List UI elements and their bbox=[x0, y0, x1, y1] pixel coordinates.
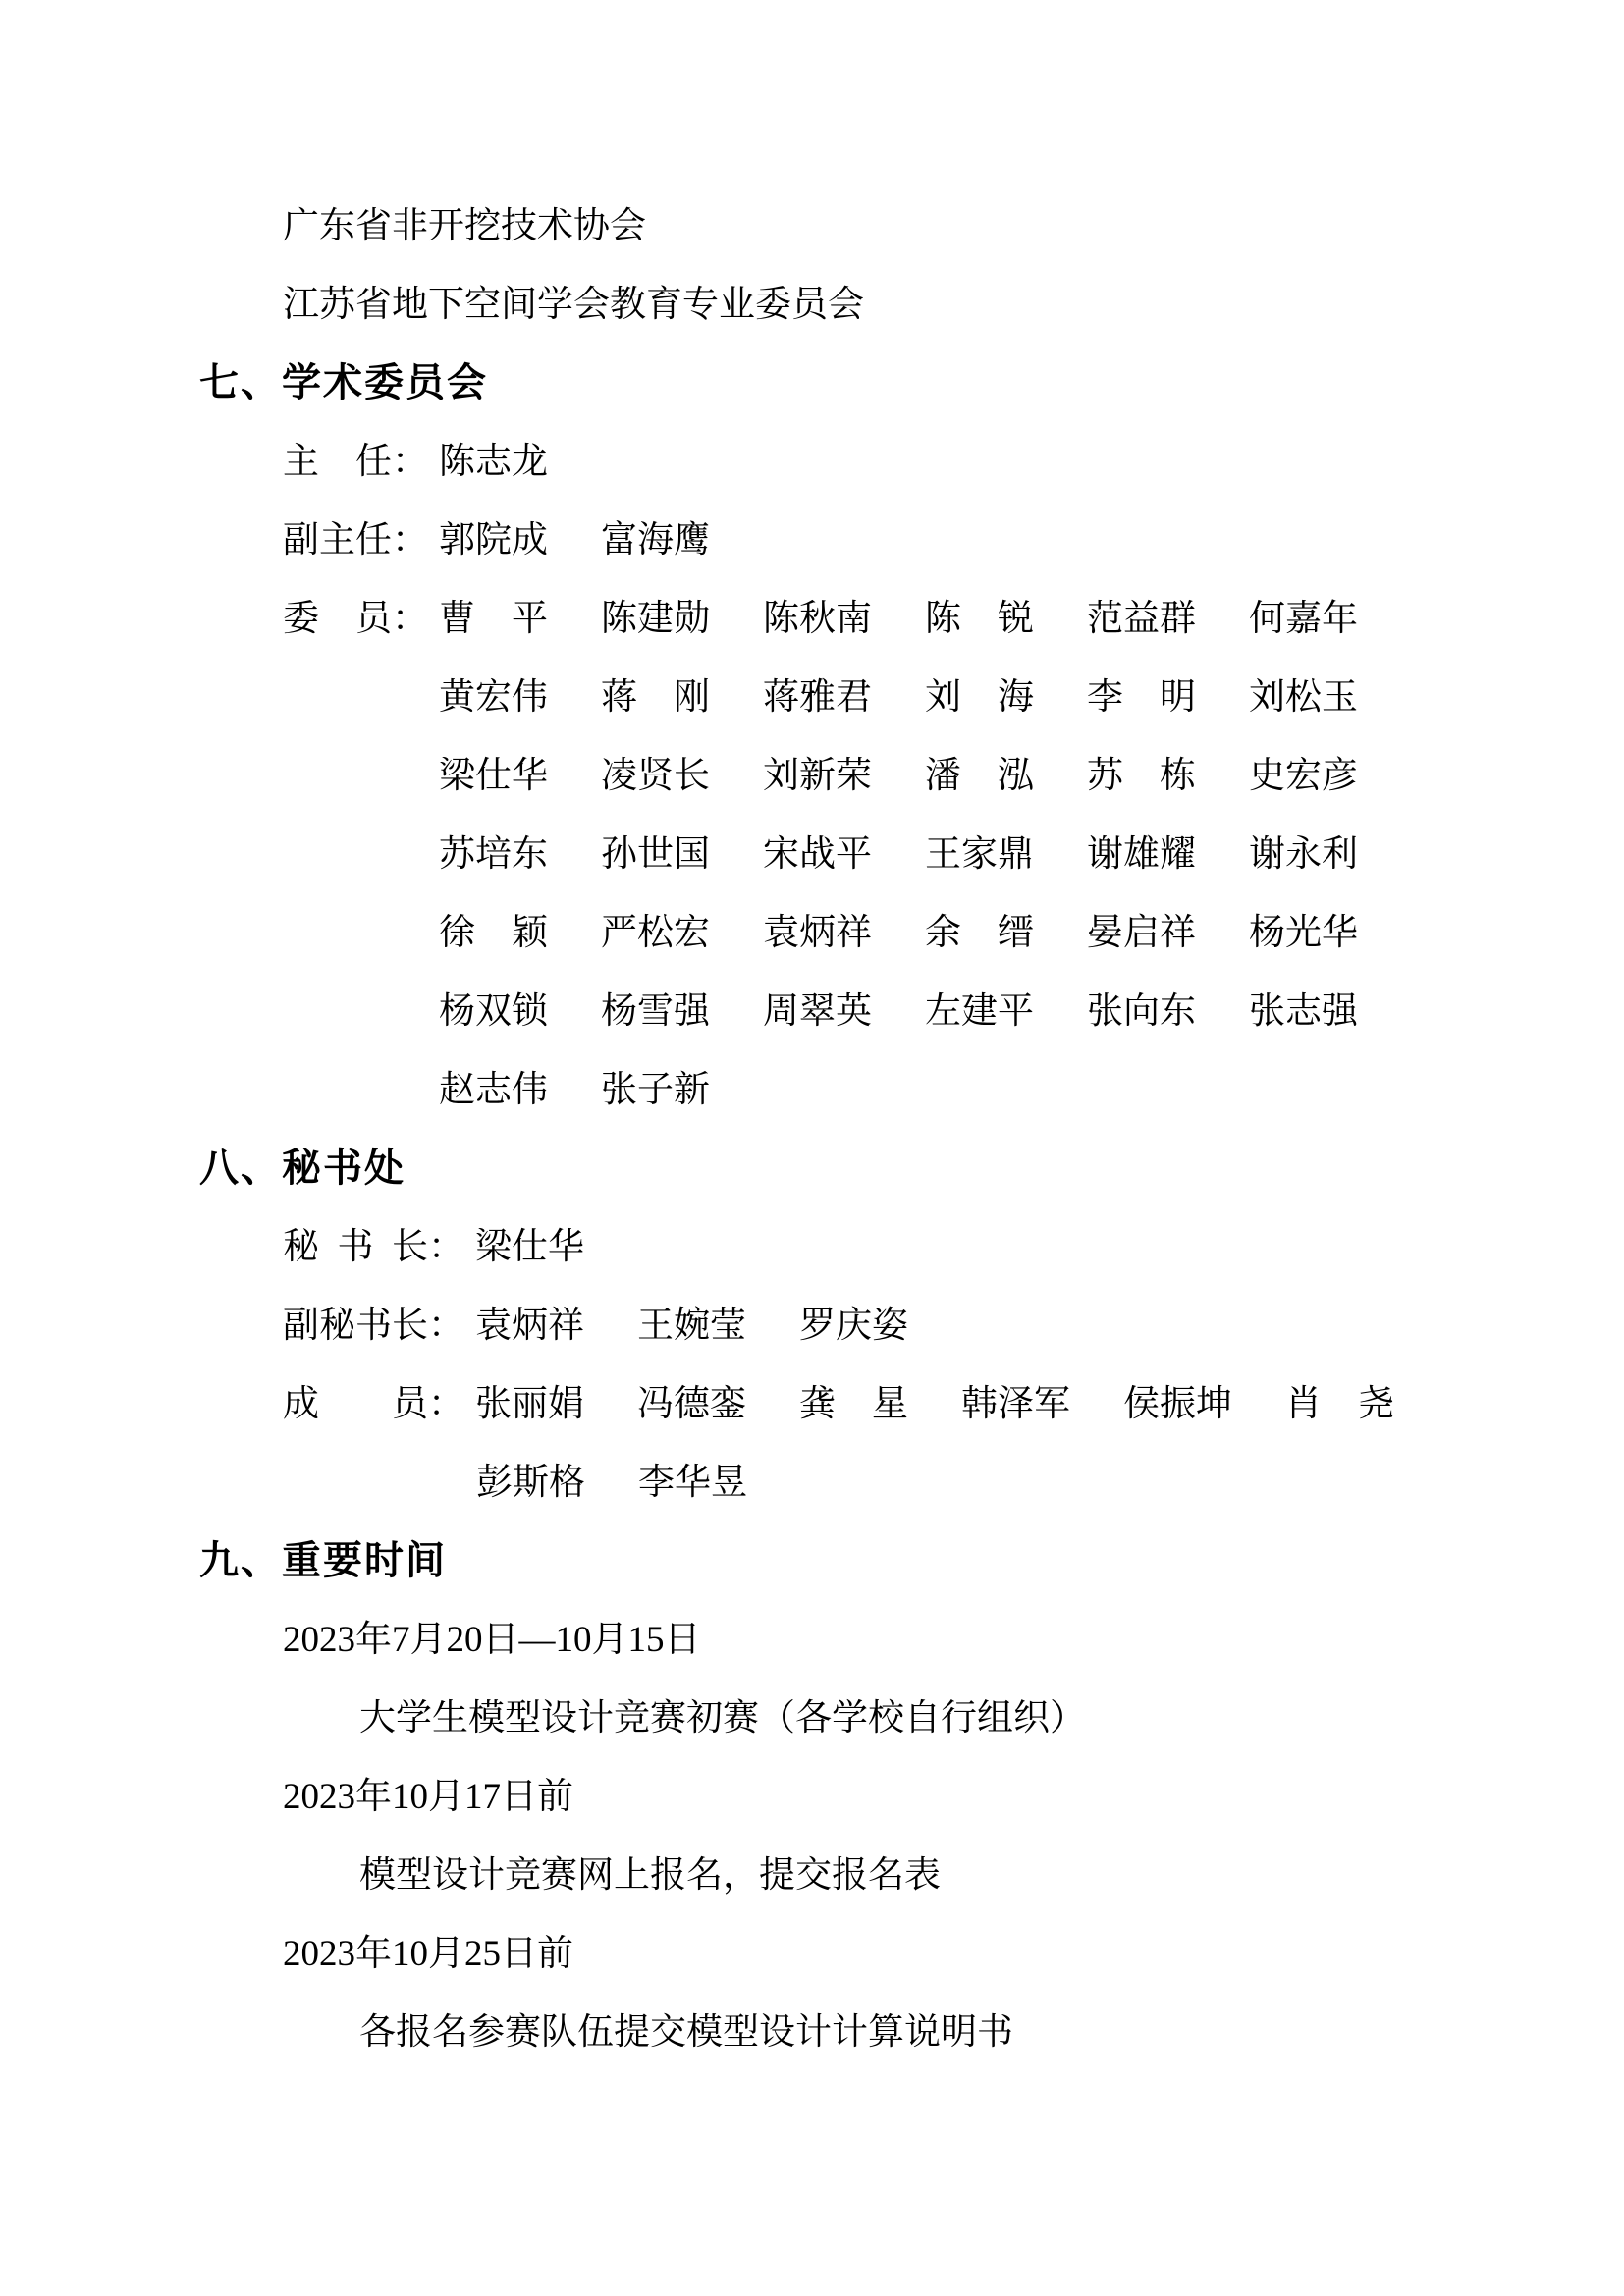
member-name: 刘松玉 bbox=[1249, 667, 1360, 720]
secretariat-members-line: 成员： 张丽娟冯德銮龚 星韩泽军侯振坤肖 尧 bbox=[283, 1361, 1624, 1439]
member-name: 严松宏 bbox=[601, 902, 712, 955]
label-colon: ： bbox=[428, 1373, 464, 1426]
member-name: 刘 海 bbox=[925, 667, 1036, 720]
member-name: 张志强 bbox=[1249, 981, 1360, 1034]
member-name: 张子新 bbox=[601, 1059, 712, 1112]
name-list: 赵志伟张子新 bbox=[439, 1059, 712, 1112]
organizer-name: 广东省非开挖技术协会 bbox=[283, 195, 646, 248]
member-name: 孙世国 bbox=[601, 824, 712, 877]
member-name: 杨光华 bbox=[1249, 902, 1360, 955]
member-name: 苏 栋 bbox=[1087, 745, 1198, 798]
organizer-name: 江苏省地下空间学会教育专业委员会 bbox=[283, 274, 864, 327]
member-name: 李华昱 bbox=[638, 1452, 749, 1505]
deputy-secretary-general-line: 副秘书长： 袁炳祥王婉莹罗庆姿 bbox=[283, 1282, 1624, 1361]
label-colon: ： bbox=[392, 431, 428, 484]
role-label: 委员 bbox=[283, 588, 392, 641]
member-name: 陈 锐 bbox=[925, 588, 1036, 641]
member-name: 袁炳祥 bbox=[763, 902, 874, 955]
member-name: 周翠英 bbox=[763, 981, 874, 1034]
committee-members-row: 杨双锁杨雪强周翠英左建平张向东张志强 bbox=[439, 968, 1624, 1046]
member-name: 赵志伟 bbox=[439, 1059, 550, 1112]
label-colon: ： bbox=[392, 588, 428, 641]
member-name: 张向东 bbox=[1087, 981, 1198, 1034]
member-name: 宋战平 bbox=[763, 824, 874, 877]
name-list: 杨双锁杨雪强周翠英左建平张向东张志强 bbox=[439, 981, 1360, 1034]
committee-members-row: 徐 颖严松宏袁炳祥余 缙晏启祥杨光华 bbox=[439, 889, 1624, 968]
member-name: 余 缙 bbox=[925, 902, 1036, 955]
member-name: 苏培东 bbox=[439, 824, 550, 877]
organizer-line: 广东省非开挖技术协会 bbox=[283, 183, 1624, 261]
member-name: 杨双锁 bbox=[439, 981, 550, 1034]
section-title: 七、学术委员会 bbox=[199, 351, 488, 407]
event-desc-line: 各报名参赛队伍提交模型设计计算说明书 bbox=[359, 1989, 1624, 2067]
label-colon: ： bbox=[428, 1295, 464, 1348]
member-name: 袁炳祥 bbox=[475, 1295, 586, 1348]
member-name: 左建平 bbox=[925, 981, 1036, 1034]
member-name: 蒋雅君 bbox=[763, 667, 874, 720]
member-name: 陈志龙 bbox=[439, 431, 550, 484]
member-name: 张丽娟 bbox=[475, 1373, 586, 1426]
member-name: 何嘉年 bbox=[1249, 588, 1360, 641]
event-desc-line: 模型设计竞赛网上报名，提交报名表 bbox=[359, 1832, 1624, 1910]
name-list: 梁仕华 bbox=[475, 1216, 586, 1269]
event-desc: 大学生模型设计竞赛初赛（各学校自行组织） bbox=[359, 1687, 1086, 1740]
chair-line: 主任： 陈志龙 bbox=[283, 418, 1624, 497]
committee-members-line: 委员： 曹 平陈建勋陈秋南陈 锐范益群何嘉年 bbox=[283, 575, 1624, 654]
event-date: 2023年7月20日—10月15日 bbox=[283, 1609, 701, 1662]
member-name: 彭斯格 bbox=[476, 1452, 587, 1505]
event-desc-line: 大学生模型设计竞赛初赛（各学校自行组织） bbox=[359, 1675, 1624, 1753]
member-name: 蒋 刚 bbox=[601, 667, 712, 720]
section-title: 八、秘书处 bbox=[199, 1137, 406, 1193]
member-name: 陈秋南 bbox=[763, 588, 874, 641]
member-name: 徐 颖 bbox=[439, 902, 550, 955]
member-name: 杨雪强 bbox=[601, 981, 712, 1034]
committee-members-row: 梁仕华凌贤长刘新荣潘 泓苏 栋史宏彦 bbox=[439, 732, 1624, 811]
committee-members-row: 赵志伟张子新 bbox=[439, 1046, 1624, 1125]
member-name: 肖 尧 bbox=[1285, 1373, 1396, 1426]
member-name: 刘新荣 bbox=[763, 745, 874, 798]
name-list: 陈志龙 bbox=[439, 431, 550, 484]
role-label: 主任 bbox=[283, 431, 392, 484]
member-name: 冯德銮 bbox=[637, 1373, 748, 1426]
section-title: 九、重要时间 bbox=[199, 1529, 447, 1585]
organizer-line: 江苏省地下空间学会教育专业委员会 bbox=[283, 261, 1624, 340]
member-name: 晏启祥 bbox=[1087, 902, 1198, 955]
name-list: 苏培东孙世国宋战平王家鼎谢雄耀谢永利 bbox=[439, 824, 1360, 877]
event-date: 2023年10月25日前 bbox=[283, 1923, 573, 1976]
member-name: 史宏彦 bbox=[1249, 745, 1360, 798]
name-list: 徐 颖严松宏袁炳祥余 缙晏启祥杨光华 bbox=[439, 902, 1360, 955]
section-heading-secretariat: 八、秘书处 bbox=[199, 1125, 1624, 1203]
section-heading-academic-committee: 七、学术委员会 bbox=[199, 340, 1624, 418]
member-name: 梁仕华 bbox=[439, 745, 550, 798]
member-name: 韩泽军 bbox=[961, 1373, 1072, 1426]
member-name: 王婉莹 bbox=[637, 1295, 748, 1348]
label-colon: ： bbox=[428, 1216, 464, 1269]
member-name: 李 明 bbox=[1087, 667, 1198, 720]
label-colon: ： bbox=[392, 509, 428, 562]
member-name: 郭院成 bbox=[439, 509, 550, 562]
member-name: 谢永利 bbox=[1249, 824, 1360, 877]
name-list: 梁仕华凌贤长刘新荣潘 泓苏 栋史宏彦 bbox=[439, 745, 1360, 798]
member-name: 罗庆姿 bbox=[799, 1295, 910, 1348]
vice-chair-line: 副主任： 郭院成富海鹰 bbox=[283, 497, 1624, 575]
member-name: 侯振坤 bbox=[1123, 1373, 1234, 1426]
event-desc: 模型设计竞赛网上报名，提交报名表 bbox=[359, 1844, 941, 1897]
member-name: 谢雄耀 bbox=[1087, 824, 1198, 877]
event-date: 2023年10月17日前 bbox=[283, 1766, 573, 1819]
member-name: 龚 星 bbox=[799, 1373, 910, 1426]
role-label: 秘书长 bbox=[283, 1216, 428, 1269]
name-list: 袁炳祥王婉莹罗庆姿 bbox=[475, 1295, 910, 1348]
section-heading-important-dates: 九、重要时间 bbox=[199, 1518, 1624, 1596]
event-date-line: 2023年10月17日前 bbox=[283, 1753, 1624, 1832]
secretariat-members-row: 彭斯格李华昱 bbox=[476, 1439, 1624, 1518]
role-label: 副主任 bbox=[283, 509, 392, 562]
committee-members-row: 苏培东孙世国宋战平王家鼎谢雄耀谢永利 bbox=[439, 811, 1624, 889]
member-name: 曹 平 bbox=[439, 588, 550, 641]
role-label: 副秘书长 bbox=[283, 1295, 428, 1348]
member-name: 潘 泓 bbox=[925, 745, 1036, 798]
name-list: 曹 平陈建勋陈秋南陈 锐范益群何嘉年 bbox=[439, 588, 1360, 641]
committee-members-row: 黄宏伟蒋 刚蒋雅君刘 海李 明刘松玉 bbox=[439, 654, 1624, 732]
secretary-general-line: 秘书长： 梁仕华 bbox=[283, 1203, 1624, 1282]
member-name: 凌贤长 bbox=[601, 745, 712, 798]
role-label: 成员 bbox=[283, 1373, 428, 1426]
member-name: 王家鼎 bbox=[925, 824, 1036, 877]
name-list: 彭斯格李华昱 bbox=[476, 1452, 749, 1505]
name-list: 张丽娟冯德銮龚 星韩泽军侯振坤肖 尧 bbox=[475, 1373, 1396, 1426]
member-name: 范益群 bbox=[1087, 588, 1198, 641]
document-page: 广东省非开挖技术协会 江苏省地下空间学会教育专业委员会 七、学术委员会 主任： … bbox=[0, 0, 1624, 2296]
name-list: 郭院成富海鹰 bbox=[439, 509, 712, 562]
member-name: 富海鹰 bbox=[601, 509, 712, 562]
event-date-line: 2023年7月20日—10月15日 bbox=[283, 1596, 1624, 1675]
member-name: 黄宏伟 bbox=[439, 667, 550, 720]
event-desc: 各报名参赛队伍提交模型设计计算说明书 bbox=[359, 2002, 1013, 2055]
event-date-line: 2023年10月25日前 bbox=[283, 1910, 1624, 1989]
name-list: 黄宏伟蒋 刚蒋雅君刘 海李 明刘松玉 bbox=[439, 667, 1360, 720]
member-name: 梁仕华 bbox=[475, 1216, 586, 1269]
member-name: 陈建勋 bbox=[601, 588, 712, 641]
